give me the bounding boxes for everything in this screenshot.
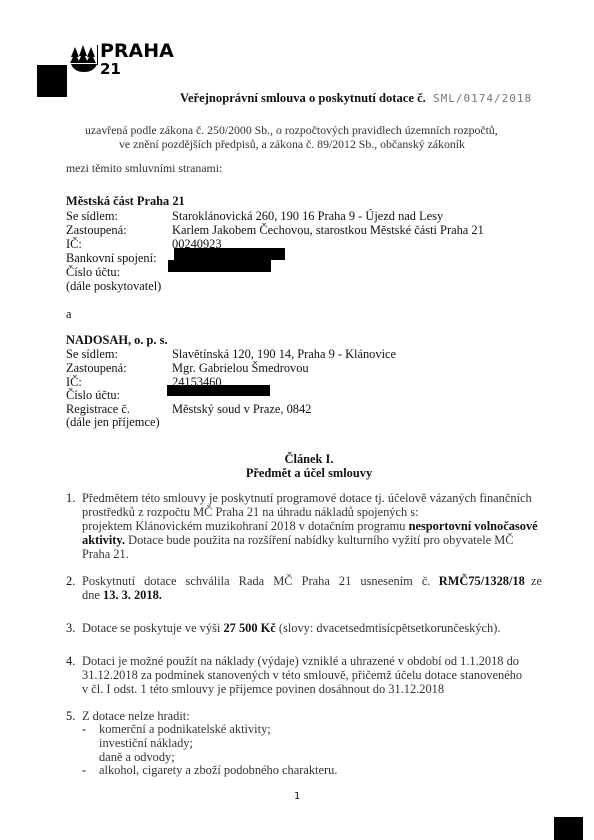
provider-representative-row: Zastoupená:Karlem Jakobem Čechovou, star… bbox=[66, 223, 484, 238]
item-1-line-4: aktivity. aktivity. Dotace bude použita … bbox=[82, 533, 514, 548]
item-3-number: 3. bbox=[66, 621, 75, 636]
title-text: Veřejnoprávní smlouva o poskytnutí dotac… bbox=[180, 91, 426, 105]
item-2-ze: ze bbox=[531, 574, 542, 588]
recipient-representative: Mgr. Gabrielou Šmedrovou bbox=[172, 361, 309, 375]
item-3-words: (slovy: dvacetsedmtisícpětsetkorunčeskýc… bbox=[279, 621, 501, 635]
provider-bank-row: Bankovní spojení: bbox=[66, 251, 172, 266]
item-1-line-5: Praha 21. bbox=[82, 547, 129, 562]
scan-mark-top-left bbox=[37, 65, 67, 97]
scan-mark-bottom-right bbox=[554, 817, 583, 840]
provider-name: Městská část Praha 21 bbox=[66, 194, 185, 209]
item-3-line: Dotace se poskytuje ve výši 27 500 Kč (s… bbox=[82, 621, 500, 636]
intro-text: mezi těmito smluvními stranami: bbox=[66, 161, 222, 176]
item-2-line-1: Poskytnutí dotace schválila Rada MČ Prah… bbox=[82, 574, 542, 589]
recipient-representative-row: Zastoupená:Mgr. Gabrielou Šmedrovou bbox=[66, 361, 309, 376]
conjunction: a bbox=[66, 307, 72, 322]
recipient-registration: Městský soud v Praze, 0842 bbox=[172, 402, 311, 416]
bullet-4: alkohol, cigarety a zboží podobného char… bbox=[99, 763, 337, 778]
item-1-number: 1. bbox=[66, 491, 75, 506]
subtitle-line-2: ve znění pozdějších předpisů, a zákona č… bbox=[119, 137, 465, 152]
document-title: Veřejnoprávní smlouva o poskytnutí dotac… bbox=[180, 91, 532, 106]
logo-number: 21 bbox=[100, 60, 121, 78]
recipient-address-row: Se sídlem:Slavětínská 120, 190 14, Praha… bbox=[66, 347, 396, 362]
item-1-aktivity: aktivity. bbox=[82, 533, 125, 547]
item-1-program: nesportovní volnočasové bbox=[409, 519, 538, 533]
provider-address-row: Se sídlem:Staroklánovická 260, 190 16 Pr… bbox=[66, 209, 443, 224]
item-3-text: Dotace se poskytuje ve výši bbox=[82, 621, 220, 635]
item-2-text: Poskytnutí dotace schválila Rada MČ Prah… bbox=[82, 574, 430, 589]
redaction-provider-account bbox=[168, 260, 271, 272]
item-4-number: 4. bbox=[66, 654, 75, 669]
bullet-1: komerční a podnikatelské aktivity; bbox=[99, 722, 271, 737]
article-number: Článek I. bbox=[0, 452, 594, 467]
item-2-date: 13. 3. 2018. bbox=[103, 588, 162, 602]
logo-name: PRAHA bbox=[100, 40, 174, 62]
item-2-line-2: dne 13. 3. 2018. bbox=[82, 588, 162, 603]
recipient-address-label: Se sídlem: bbox=[66, 347, 172, 362]
recipient-address: Slavětínská 120, 190 14, Praha 9 - Kláno… bbox=[172, 347, 396, 361]
provider-address-label: Se sídlem: bbox=[66, 209, 172, 224]
redaction-bank bbox=[174, 248, 285, 260]
provider-ic-label: IČ: bbox=[66, 237, 172, 252]
provider-address: Staroklánovická 260, 190 16 Praha 9 - Új… bbox=[172, 209, 443, 223]
provider-representative: Karlem Jakobem Čechovou, starostkou Měst… bbox=[172, 223, 484, 237]
recipient-name: NADOSAH, o. p. s. bbox=[66, 333, 168, 348]
item-3-amount: 27 500 Kč bbox=[223, 621, 275, 635]
recipient-account-label: Číslo účtu: bbox=[66, 388, 172, 403]
recipient-account-row: Číslo účtu: bbox=[66, 388, 172, 403]
item-4-line-1: Dotaci je možné použít na náklady (výdaj… bbox=[82, 654, 519, 669]
page-number: 1 bbox=[294, 791, 300, 802]
item-5-number: 5. bbox=[66, 709, 75, 724]
item-2-dne: dne bbox=[82, 588, 100, 602]
item-1-project: projektem Klánovickém muzikohraní 2018 v… bbox=[82, 519, 409, 533]
provider-representative-label: Zastoupená: bbox=[66, 223, 172, 238]
bullet-2: investiční náklady; bbox=[99, 736, 193, 751]
provider-note: (dále poskytovatel) bbox=[66, 279, 161, 294]
item-1-line-3: projektem Klánovickém muzikohraní 2018 v… bbox=[82, 519, 538, 534]
item-1-line-1: Předmětem této smlouvy je poskytnutí pro… bbox=[82, 491, 532, 506]
bullet-dash-1: - bbox=[82, 722, 86, 737]
trees-emblem-icon bbox=[70, 43, 98, 73]
recipient-representative-label: Zastoupená: bbox=[66, 361, 172, 376]
article-heading: Předmět a účel smlouvy bbox=[0, 466, 594, 481]
subtitle-line-1: uzavřená podle zákona č. 250/2000 Sb., o… bbox=[85, 123, 498, 138]
provider-bank-label: Bankovní spojení: bbox=[66, 251, 172, 266]
redaction-recipient-account bbox=[167, 385, 270, 396]
item-4-line-2: 31.12.2018 za podmínek stanovených v tét… bbox=[82, 668, 522, 683]
handwritten-number: SML/0174/2018 bbox=[433, 92, 532, 105]
item-4-line-3: v čl. I odst. 1 této smlouvy je příjemce… bbox=[82, 682, 444, 697]
recipient-note: (dále jen příjemce) bbox=[66, 415, 160, 430]
item-2-resolution: RMČ75/1328/18 bbox=[439, 574, 525, 588]
bullet-dash-4: - bbox=[82, 763, 86, 778]
provider-account-row: Číslo účtu: bbox=[66, 265, 172, 280]
item-1-purpose: Dotace bude použita na rozšíření nabídky… bbox=[128, 533, 513, 547]
praha21-logo: PRAHA 21 bbox=[70, 43, 170, 83]
item-1-line-2: prostředků z rozpočtu MČ Praha 21 na úhr… bbox=[82, 505, 419, 520]
provider-account-label: Číslo účtu: bbox=[66, 265, 172, 280]
item-2-number: 2. bbox=[66, 574, 75, 589]
